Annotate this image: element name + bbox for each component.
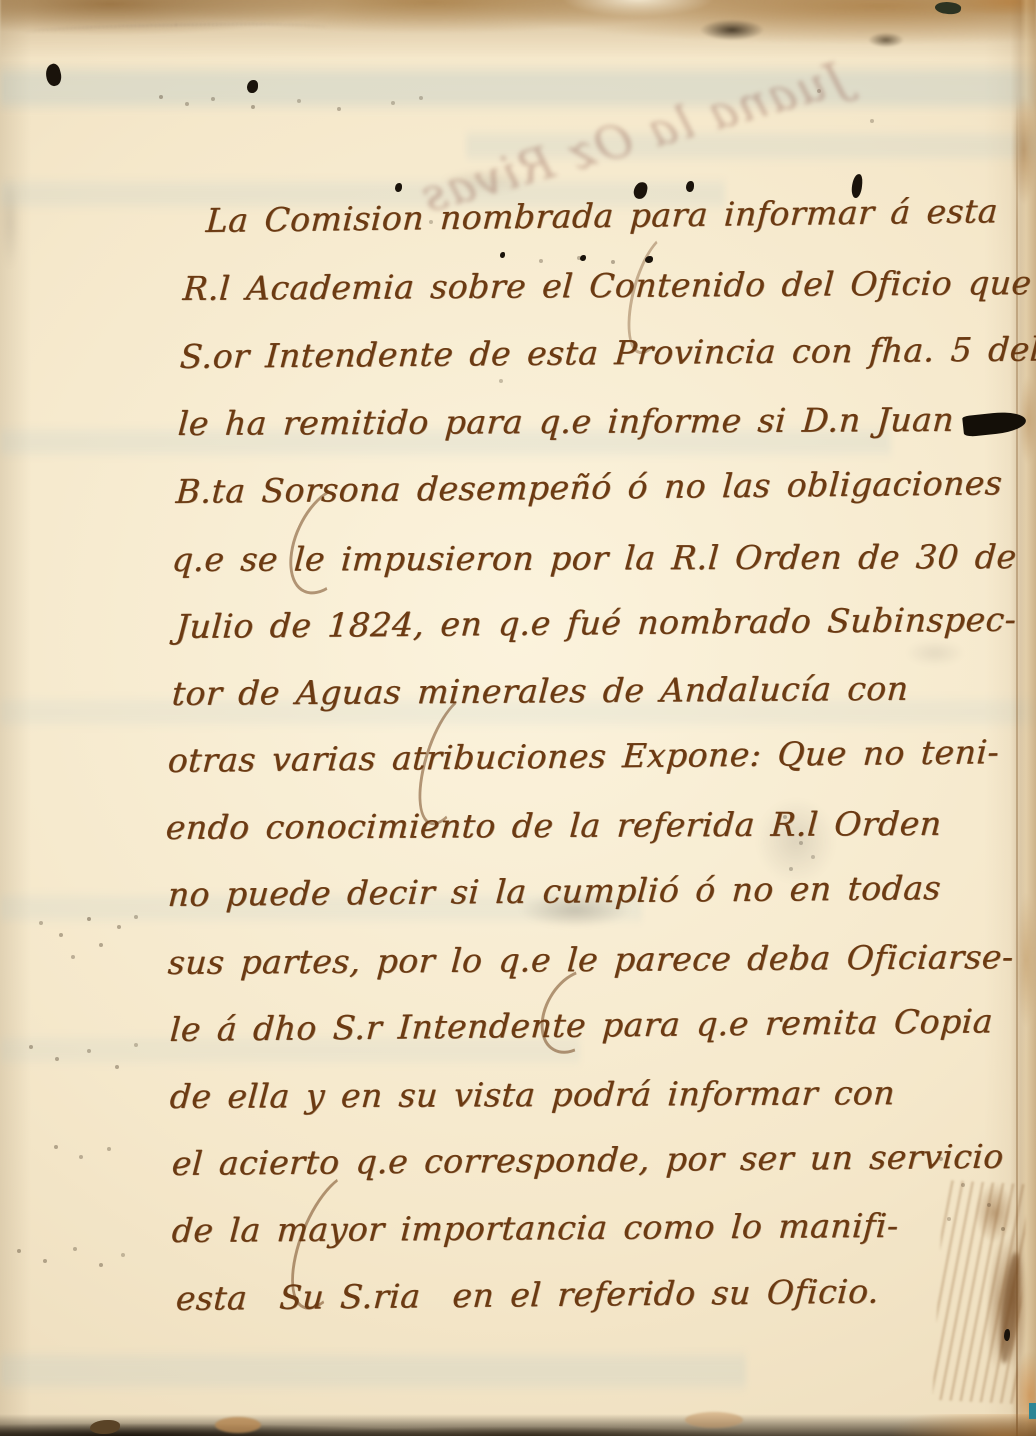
manuscript-line: no puede decir si la cumplió ó no en tod… (167, 871, 942, 911)
manuscript-line: de la mayor importancia como lo manifi- (171, 1209, 900, 1247)
paper-discoloration-band (0, 1348, 746, 1394)
tan-stain (215, 1417, 261, 1433)
manuscript-line: le ha remitido para q.e informe si D.n J… (177, 403, 955, 440)
ink-blot (580, 255, 586, 261)
manuscript-line: le á dho S.r Intendente para q.e remita … (169, 1004, 994, 1046)
manuscript-line: Julio de 1824, en q.e fué nombrado Subin… (175, 603, 1017, 643)
ink-blot (395, 183, 402, 192)
gray-smudge (905, 640, 965, 666)
manuscript-line: q.e se le impusieron por la R.l Orden de… (171, 540, 1018, 576)
manuscript-line: S.or Intendente de esta Provincia con fh… (179, 331, 1036, 373)
manuscript-line: R.l Academia sobre el Contenido del Ofic… (182, 266, 1036, 305)
manuscript-line: esta Su S.ria en el referido su Oficio. (175, 1275, 880, 1315)
ink-blot (1004, 1329, 1010, 1341)
manuscript-line: B.ta Sorsona desempeñó ó no las obligaci… (175, 466, 1003, 508)
manuscript-page: Juana la Oz Rivas La Comision nombrada p… (0, 0, 1036, 1436)
gray-smudge (0, 175, 20, 270)
paper-discoloration-band (0, 62, 1036, 114)
tan-stain (685, 1412, 743, 1428)
manuscript-line: tor de Aguas minerales de Andalucía con (171, 672, 910, 710)
manuscript-line: La Comision nombrada para informar á est… (205, 194, 999, 237)
manuscript-line: sus partes, por lo q.e le parece deba Of… (167, 940, 1015, 979)
ink-blot (500, 252, 505, 258)
foxing-speckles (0, 0, 2, 2)
manuscript-line: el acierto q.e corresponde, por ser un s… (171, 1140, 1005, 1180)
teal-mark (1029, 1403, 1036, 1419)
bottom-edge-shadow (0, 1414, 1036, 1436)
ink-blot (645, 256, 653, 263)
manuscript-line: endo conocimiento de la referida R.l Ord… (165, 807, 943, 844)
manuscript-line: otras varias atribuciones Expone: Que no… (167, 735, 1000, 777)
manuscript-line: de ella y en su vista podrá informar con (169, 1076, 896, 1113)
